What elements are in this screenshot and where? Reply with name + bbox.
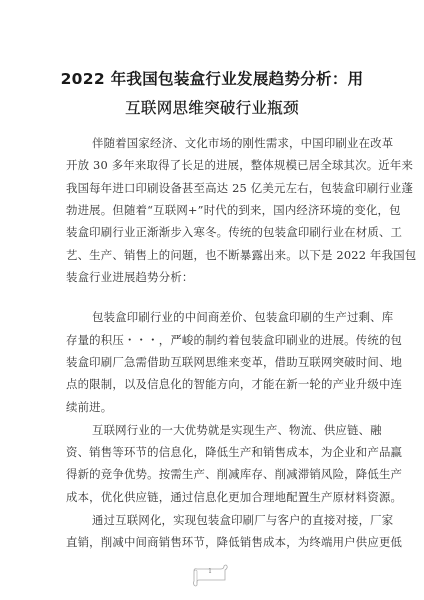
page-number-footer: 1 [191,563,229,587]
paragraph-2-line: 存量的积压・・・，严峻的制约着包装盒印刷业的进展。传统的包 [66,333,362,347]
paragraph-2-line: 点的限制，以及信息化的智能方向，才能在新一轮的产业升级中连 [66,377,362,391]
paragraph-3-line: 资、销售等环节的信息化，降低生产和销售成本，为企业和产品赢 [66,445,362,459]
paragraph-3-line: 成本，优化供应链，通过信息化更加合理地配置生产原材料资源。 [66,490,362,504]
paragraph-1-line: 装盒行业进展趋势分析： [66,270,362,284]
paragraph-1-line: 开放 30 多年来取得了长足的进展，整体规模已居全球其次。近年来 [66,158,362,172]
paragraph-4-line: 通过互联网化，实现包装盒印刷厂与客户的直接对接，厂家 [92,513,362,527]
document-title-line-2: 互联网思维突破行业瓶颈 [0,96,424,118]
document-page: 2022 年我国包装盒行业发展趋势分析：用 互联网思维突破行业瓶颈 伴随着国家经… [0,0,424,600]
paragraph-1-line: 艺、生产、销售上的问题，也不断暴露出来。以下是 2022 年我国包 [66,248,362,262]
scroll-icon [191,563,229,587]
paragraph-2-line: 包装盒印刷行业的中间商差价、包装盒印刷的生产过剩、库 [92,310,362,324]
paragraph-3-line: 互联网行业的一大优势就是实现生产、物流、供应链、融 [92,423,362,437]
paragraph-4-line: 直销，削减中间商销售环节，降低销售成本，为终端用户供应更低 [66,535,362,549]
paragraph-1-line: 勃进展。但随着“互联网+”时代的到来，国内经济环境的变化，包 [66,203,362,217]
paragraph-1-line: 我国每年进口印刷设备甚至高达 25 亿美元左右，包装盒印刷行业蓬 [66,181,362,195]
paragraph-3-line: 得新的竞争优势。按需生产、削减库存、削减滞销风险，降低生产 [66,467,362,481]
paragraph-1-line: 伴随着国家经济、文化市场的刚性需求，中国印刷业在改革 [92,136,362,150]
paragraph-2-line: 续前进。 [66,400,362,414]
page-number: 1 [191,568,229,575]
paragraph-2-line: 装盒印刷厂急需借助互联网思维来变革，借助互联网突破时间、地 [66,355,362,369]
paragraph-1-line: 装盒印刷行业正渐渐步入寒冬。传统的包装盒印刷行业在材质、工 [66,225,362,239]
document-title-line-1: 2022 年我国包装盒行业发展趋势分析：用 [0,67,424,89]
